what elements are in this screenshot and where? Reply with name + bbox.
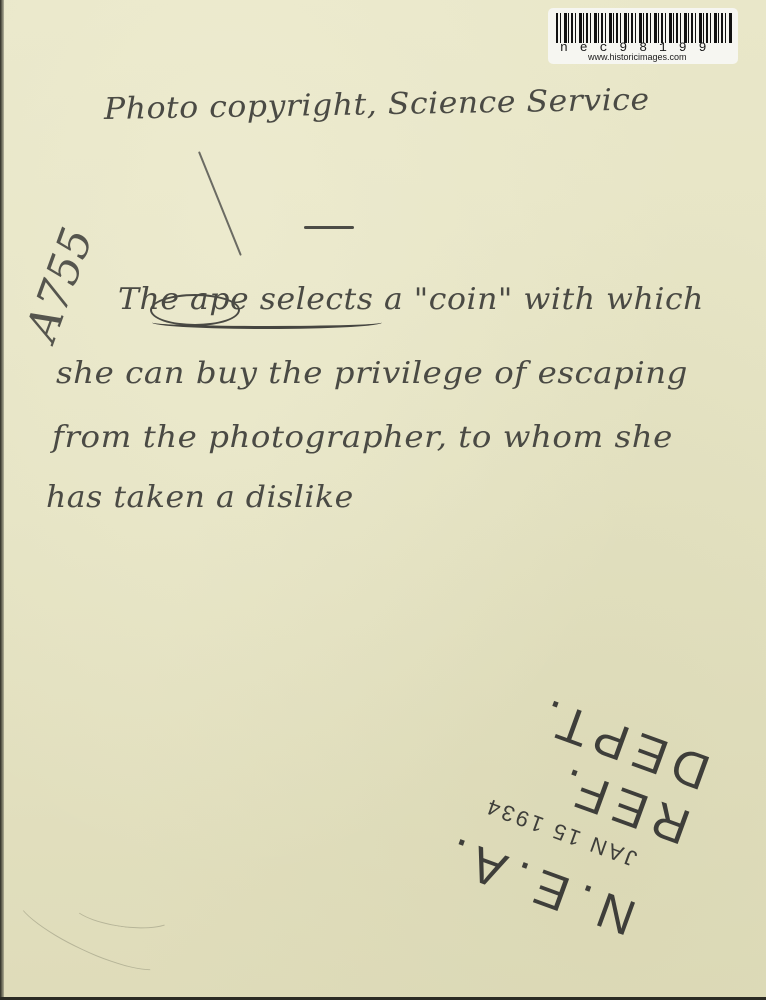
scan-edge-left	[0, 0, 4, 1000]
underline-mark	[152, 316, 382, 329]
caption-line-1: The ape selects a "coin" with which	[118, 282, 704, 317]
photo-back-page: nec98199 www.historicimages.com Photo co…	[0, 0, 766, 1000]
barcode-icon	[556, 13, 732, 43]
caption-line-4: has taken a dislike	[46, 480, 354, 515]
barcode-website: www.historicimages.com	[588, 52, 687, 62]
credit-line: Photo copyright, Science Service	[104, 82, 650, 127]
side-note-number: A755	[16, 221, 104, 347]
pencil-diagonal-mark	[198, 151, 242, 256]
ref-dept-stamp: N.E.A. JAN 15 1934 REF. DEPT.	[395, 685, 745, 976]
pencil-dash-mark	[304, 226, 354, 229]
barcode-label: nec98199 www.historicimages.com	[548, 8, 738, 64]
caption-line-3: from the photographer, to whom she	[52, 420, 673, 455]
caption-line-2: she can buy the privilege of escaping	[56, 356, 688, 391]
